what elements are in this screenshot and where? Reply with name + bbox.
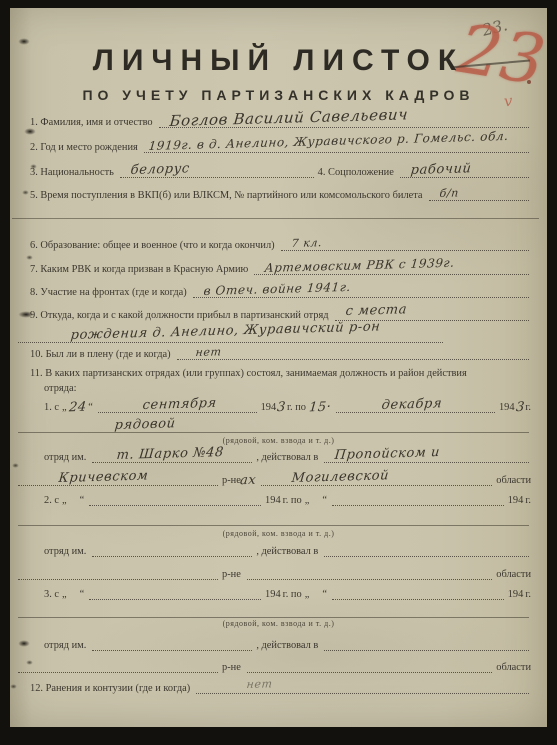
- blank-line: Могилевской: [261, 471, 492, 486]
- paper-hole: [18, 640, 30, 647]
- service-row-1-position: [14, 402, 533, 418]
- form-title: ЛИЧНЫЙ ЛИСТОК: [10, 44, 547, 78]
- handwritten-fronts: в Отеч. войне 1941г.: [203, 281, 351, 297]
- blank-line: [18, 603, 529, 618]
- unit-label: отряд им.: [44, 546, 88, 558]
- field-arrival-line2: рождения д. Анелино, Журавичский р-он: [14, 328, 447, 344]
- handwritten-position: рядовой: [114, 418, 176, 432]
- handwritten-oblast: Могилевской: [291, 470, 390, 485]
- blank-line: [92, 542, 252, 557]
- handwritten-arrival-1: с места: [345, 304, 408, 318]
- service-row-2-dates: 2. с „ “ 194 г. по „ “ 194 г.: [44, 491, 533, 507]
- field-label: 1. Фамилия, имя и отчество: [30, 117, 155, 129]
- handwritten-acted-in: Пропойском и: [334, 447, 441, 462]
- blank-line: нет: [196, 679, 529, 694]
- row-number: 3. с: [44, 589, 61, 601]
- position-hint: (рядовой, ком. взвода и т. д.): [10, 529, 547, 538]
- blank-line: [247, 658, 492, 673]
- quote-mark: „: [304, 589, 311, 601]
- handwritten-arrival-2: рождения д. Анелино, Журавичский р-он: [70, 321, 381, 342]
- blank-line: [332, 585, 504, 600]
- district-label: р-не: [222, 662, 243, 674]
- field-surname: 1. Фамилия, имя и отчество Боглов Васили…: [30, 113, 533, 129]
- position-hint: (рядовой, ком. взвода и т. д.): [10, 436, 547, 445]
- year-stub: 194: [508, 495, 526, 507]
- service-row-2-unit: отряд им. , действовал в: [44, 542, 533, 558]
- district-label: р-не: [222, 569, 243, 581]
- handwritten-party: б/п: [439, 187, 459, 200]
- field-units-heading-2: отряда:: [44, 379, 533, 395]
- year-stub: 194: [265, 589, 283, 601]
- quote-mark: „: [61, 495, 68, 507]
- field-label: 3. Национальность: [30, 167, 116, 179]
- handwritten-district: Кричевском: [58, 470, 149, 485]
- blank-line: рождения д. Анелино, Журавичский р-он: [18, 328, 443, 343]
- blank-line: б/п: [429, 186, 529, 201]
- row-number: 2. с: [44, 495, 61, 507]
- handwritten-birth: 1919г. в д. Анелино, Журавичского р. Гом…: [148, 130, 509, 152]
- service-row-1-position-line: рядовой: [14, 418, 533, 434]
- service-row-3-dates: 3. с „ “ 194 г. по „ “ 194 г.: [44, 585, 533, 601]
- handwritten-wounds: нет: [246, 678, 273, 691]
- paper-hole: [24, 128, 36, 135]
- service-row-3-unit: отряд им. , действовал в: [44, 636, 533, 652]
- field-label: 8. Участие на фронтах (где и когда): [30, 287, 189, 299]
- oblast-label: области: [496, 475, 533, 487]
- blank-line: [324, 636, 529, 651]
- blank-line: [332, 491, 504, 506]
- field-nationality-social: 3. Национальность белорус 4. Соцположени…: [30, 163, 533, 179]
- handwritten-nationality: белорус: [130, 163, 190, 177]
- handwritten-unit-name: т. Шарко №48: [116, 447, 224, 462]
- blank-line: [18, 511, 529, 526]
- quote-mark: “: [79, 589, 86, 601]
- paper-hole: [12, 463, 19, 468]
- blank-line: белорус: [120, 163, 314, 178]
- field-label: отряда:: [44, 383, 79, 395]
- field-units-heading: 11. В каких партизанских отрядах (или гр…: [30, 364, 533, 380]
- blank-line: т. Шарко №48: [92, 448, 252, 463]
- blank-line: Артемовским РВК с 1939г.: [254, 260, 529, 275]
- quote-mark: “: [79, 495, 86, 507]
- blank-line: [89, 491, 261, 506]
- form-paper: 23. 23 v ЛИЧНЫЙ ЛИСТОК ПО УЧЕТУ ПАРТИЗАН…: [10, 8, 547, 727]
- form-subtitle: ПО УЧЕТУ ПАРТИЗАНСКИХ КАДРОВ: [10, 87, 547, 103]
- field-birth: 2. Год и место рождения 1919г. в д. Анел…: [30, 138, 533, 154]
- blank-line: 7 кл.: [281, 236, 529, 251]
- field-fronts: 8. Участие на фронтах (где и когда) в От…: [30, 283, 533, 299]
- blank-line: рабочий: [400, 163, 529, 178]
- quote-mark: “: [321, 495, 328, 507]
- blank-line: [247, 565, 492, 580]
- blank-line: в Отеч. войне 1941г.: [193, 283, 529, 298]
- field-party: 5. Время поступления в ВКП(б) или ВЛКСМ,…: [30, 186, 533, 202]
- blank-line: Пропойском и: [324, 448, 529, 463]
- unit-label: отряд им.: [44, 640, 88, 652]
- handwritten-surname: Боглов Василий Савельевич: [169, 108, 409, 127]
- blank-line: Боглов Василий Савельевич: [159, 113, 529, 128]
- field-label: 2. Год и место рождения: [30, 142, 140, 154]
- field-education: 6. Образование: общее и военное (что и к…: [30, 236, 533, 252]
- year-stub: 194: [508, 589, 526, 601]
- service-row-1-district: Кричевском р-не ах Могилевской области: [14, 471, 533, 487]
- year-to-label: г. по: [283, 589, 304, 601]
- field-label: 5. Время поступления в ВКП(б) или ВЛКСМ,…: [30, 190, 425, 202]
- scanned-document-page: 23. 23 v ЛИЧНЫЙ ЛИСТОК ПО УЧЕТУ ПАРТИЗАН…: [0, 0, 557, 745]
- paper-hole: [22, 190, 29, 195]
- handwritten-social-position: рабочий: [410, 163, 472, 177]
- blank-line: [18, 565, 218, 580]
- service-row-1-unit: отряд им. т. Шарко №48 , действовал в Пр…: [44, 448, 533, 464]
- field-label: 12. Ранения и контузии (где и когда): [30, 683, 192, 695]
- field-label: 6. Образование: общее и военное (что и к…: [30, 240, 277, 252]
- red-dot-mark: [527, 80, 531, 84]
- handwritten-district-suffix: ах: [239, 475, 256, 488]
- field-rvk: 7. Каким РВК и когда призван в Красную А…: [30, 260, 533, 276]
- blank-line: с места: [335, 306, 529, 321]
- quote-mark: „: [304, 495, 311, 507]
- service-row-3-position-line: [14, 603, 533, 619]
- quote-mark: “: [321, 589, 328, 601]
- blank-line: рядовой: [18, 418, 529, 433]
- service-row-3-district: р-не области: [14, 658, 533, 674]
- handwritten-education: 7 кл.: [291, 237, 323, 250]
- handwritten-captivity: нет: [195, 346, 222, 359]
- blank-line: [324, 542, 529, 557]
- field-label: 9. Откуда, когда и с какой должности при…: [30, 310, 331, 322]
- oblast-label: области: [496, 569, 533, 581]
- field-label: 10. Был ли в плену (где и когда): [30, 349, 173, 361]
- acted-label: , действовал в: [256, 546, 320, 558]
- year-to-label: г. по: [283, 495, 304, 507]
- blank-line: [18, 658, 218, 673]
- blank-line: Кричевском: [18, 471, 218, 486]
- field-captivity: 10. Был ли в плену (где и когда) нет: [30, 345, 533, 361]
- field-label: 4. Соцположение: [318, 167, 396, 179]
- oblast-label: области: [496, 662, 533, 674]
- paper-hole: [10, 684, 17, 689]
- year-suffix: г.: [525, 495, 533, 507]
- service-row-2-position-line: [14, 511, 533, 527]
- year-suffix: г.: [525, 589, 533, 601]
- acted-label: , действовал в: [256, 640, 320, 652]
- year-stub: 194: [265, 495, 283, 507]
- quote-mark: „: [61, 589, 68, 601]
- handwritten-rvk: Артемовским РВК с 1939г.: [264, 257, 455, 274]
- service-row-2-district: р-не области: [14, 565, 533, 581]
- field-label: 7. Каким РВК и когда призван в Красную А…: [30, 264, 250, 276]
- blank-line: нет: [177, 345, 529, 360]
- unit-label: отряд им.: [44, 452, 88, 464]
- field-wounds: 12. Ранения и контузии (где и когда) нет: [30, 679, 533, 695]
- section-divider: [12, 218, 539, 219]
- blank-line: 1919г. в д. Анелино, Журавичского р. Гом…: [144, 138, 529, 153]
- acted-label: , действовал в: [256, 452, 320, 464]
- position-hint: (рядовой, ком. взвода и т. д.): [10, 619, 547, 628]
- blank-line: [89, 585, 261, 600]
- blank-line: [92, 636, 252, 651]
- field-arrival: 9. Откуда, когда и с какой должности при…: [30, 306, 533, 322]
